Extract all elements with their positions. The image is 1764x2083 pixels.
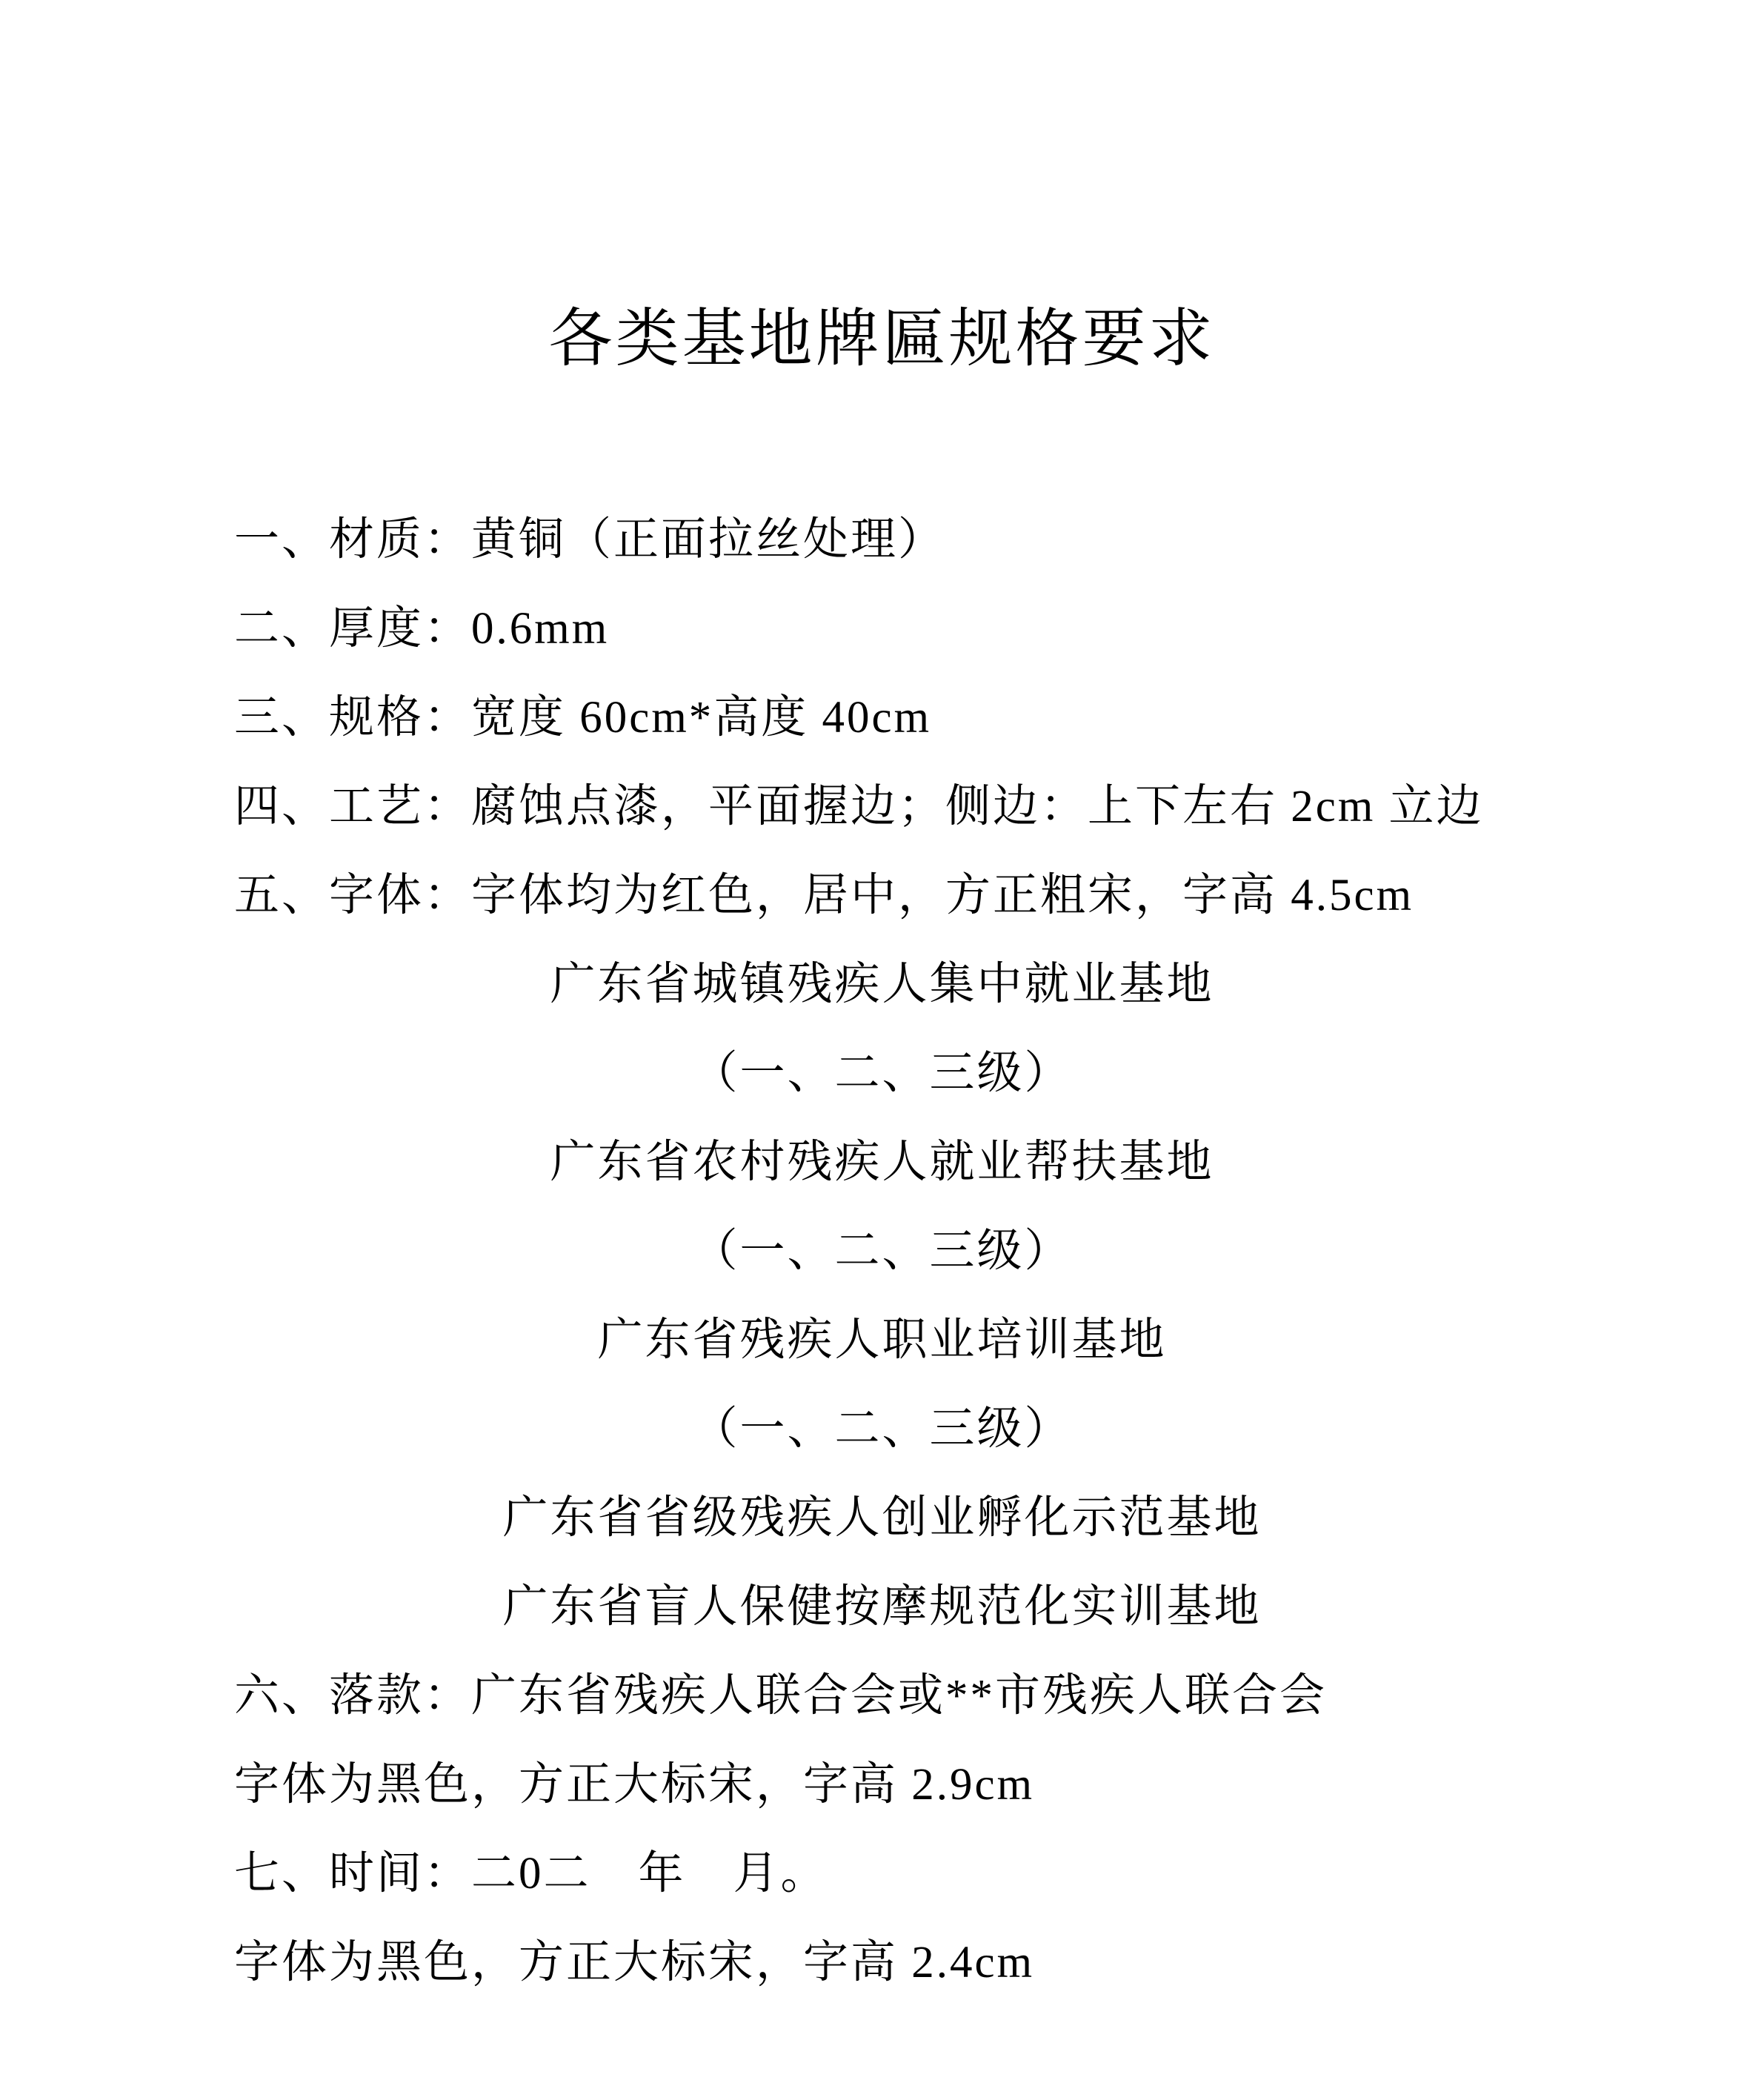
text-line: 七、时间：二0二 年 月。 bbox=[234, 1830, 1530, 1918]
text-line: 五、字体：字体均为红色，居中，方正粗宋，字高 4.5cm bbox=[234, 851, 1530, 940]
document-page: 各类基地牌匾规格要求 一、材质：黄铜（正面拉丝处理）二、厚度：0.6mm三、规格… bbox=[0, 0, 1764, 2083]
document-title: 各类基地牌匾规格要求 bbox=[0, 307, 1764, 371]
text-line: 广东省农村残疾人就业帮扶基地 bbox=[234, 1118, 1530, 1207]
text-line: 二、厚度：0.6mm bbox=[234, 585, 1530, 674]
text-line: 四、工艺：腐蚀点漆，平面握边；侧边：上下左右 2cm 立边 bbox=[234, 763, 1530, 851]
text-line: 三、规格：宽度 60cm*高度 40cm bbox=[234, 674, 1530, 763]
text-line: 广东省盲人保健按摩规范化实训基地 bbox=[234, 1563, 1530, 1652]
text-line: （一、二、三级） bbox=[234, 1385, 1530, 1474]
text-line: 一、材质：黄铜（正面拉丝处理） bbox=[234, 496, 1530, 585]
text-line: 六、落款：广东省残疾人联合会或**市残疾人联合会 bbox=[234, 1652, 1530, 1741]
text-line: 字体为黑色，方正大标宋，字高 2.9cm bbox=[234, 1741, 1530, 1830]
text-line: 字体为黑色，方正大标宋，字高 2.4cm bbox=[234, 1918, 1530, 2007]
text-line: 广东省省级残疾人创业孵化示范基地 bbox=[234, 1474, 1530, 1563]
document-body: 一、材质：黄铜（正面拉丝处理）二、厚度：0.6mm三、规格：宽度 60cm*高度… bbox=[234, 496, 1530, 2007]
text-line: 广东省残疾人职业培训基地 bbox=[234, 1296, 1530, 1385]
text-line: （一、二、三级） bbox=[234, 1029, 1530, 1118]
text-line: （一、二、三级） bbox=[234, 1207, 1530, 1296]
text-line: 广东省城镇残疾人集中就业基地 bbox=[234, 940, 1530, 1029]
